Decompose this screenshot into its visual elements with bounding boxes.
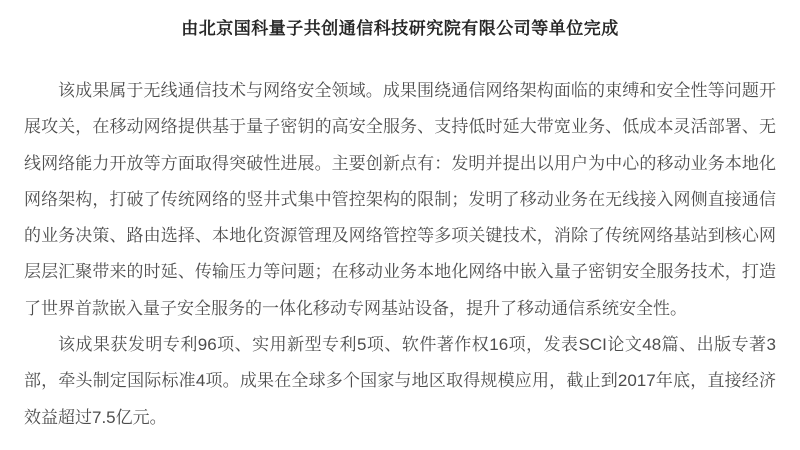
paragraph-achievement-overview: 该成果属于无线通信技术与网络安全领域。成果围绕通信网络架构面临的束缚和安全性等问… (24, 73, 776, 327)
paragraph-achievement-stats: 该成果获发明专利96项、实用新型专利5项、软件著作权16项，发表SCI论文48篇… (24, 327, 776, 436)
document-title: 由北京国科量子共创通信科技研究院有限公司等单位完成 (0, 0, 800, 39)
document-body: 该成果属于无线通信技术与网络安全领域。成果围绕通信网络架构面临的束缚和安全性等问… (24, 73, 776, 436)
document-page: 由北京国科量子共创通信科技研究院有限公司等单位完成 该成果属于无线通信技术与网络… (0, 0, 800, 450)
